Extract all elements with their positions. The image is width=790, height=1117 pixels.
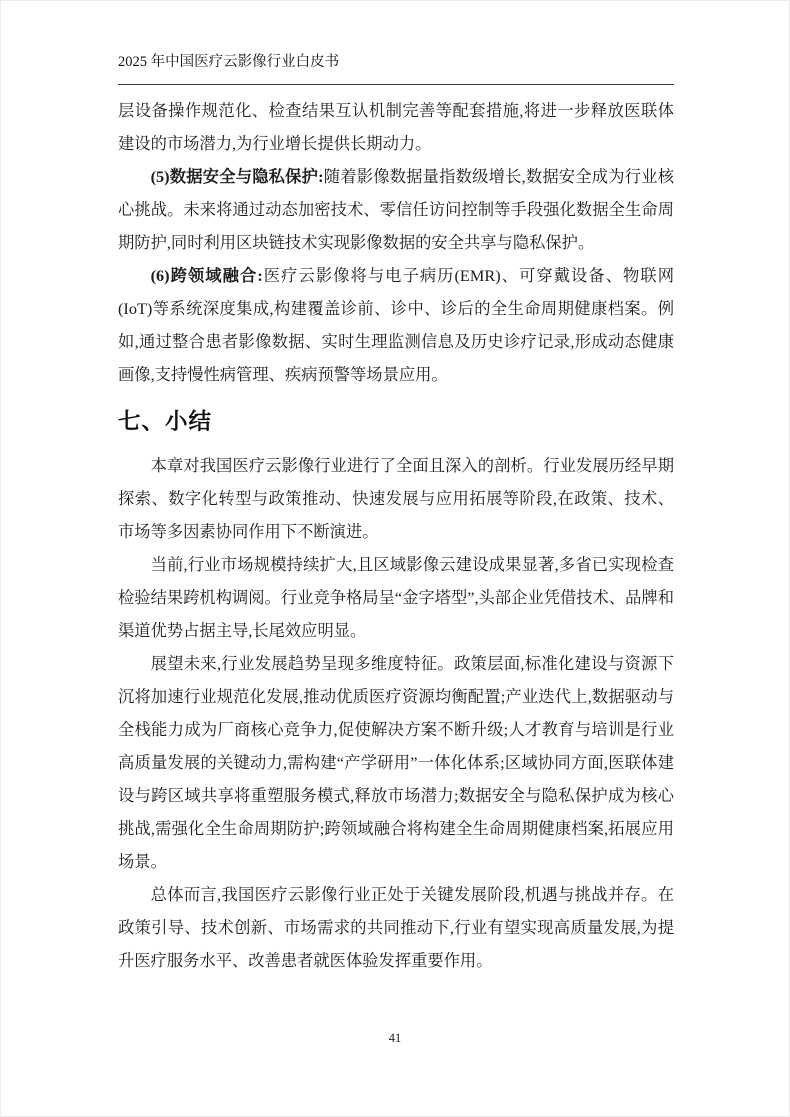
body-text: 层设备操作规范化、检查结果互认机制完善等配套措施,将进一步释放医联体建设的市场潜…	[118, 94, 674, 977]
paragraph-text: 本章对我国医疗云影像行业进行了全面且深入的剖析。行业发展历经早期探索、数字化转型…	[118, 456, 674, 541]
paragraph-item-6: (6)跨领域融合:医疗云影像将与电子病历(EMR)、可穿戴设备、物联网(IoT)…	[118, 259, 674, 391]
paragraph-text: 当前,行业市场规模持续扩大,且区域影像云建设成果显著,多省已实现检查检验结果跨机…	[118, 555, 674, 640]
document-page: 2025 年中国医疗云影像行业白皮书 层设备操作规范化、检查结果互认机制完善等配…	[0, 0, 790, 1117]
section-heading: 七、小结	[118, 405, 674, 439]
page-number: 41	[1, 1031, 789, 1046]
summary-paragraph-1: 本章对我国医疗云影像行业进行了全面且深入的剖析。行业发展历经早期探索、数字化转型…	[118, 449, 674, 548]
summary-paragraph-3: 展望未来,行业发展趋势呈现多维度特征。政策层面,标准化建设与资源下沉将加速行业规…	[118, 647, 674, 878]
paragraph-text: 展望未来,行业发展趋势呈现多维度特征。政策层面,标准化建设与资源下沉将加速行业规…	[118, 654, 674, 871]
paragraph-bold-lead: (6)跨领域融合:	[151, 266, 263, 285]
summary-paragraph-4: 总体而言,我国医疗云影像行业正处于关键发展阶段,机遇与挑战并存。在政策引导、技术…	[118, 878, 674, 977]
paragraph-text: 层设备操作规范化、检查结果互认机制完善等配套措施,将进一步释放医联体建设的市场潜…	[118, 101, 674, 153]
running-header: 2025 年中国医疗云影像行业白皮书	[118, 53, 674, 85]
paragraph-text: 总体而言,我国医疗云影像行业正处于关键发展阶段,机遇与挑战并存。在政策引导、技术…	[118, 885, 674, 970]
paragraph-continuation: 层设备操作规范化、检查结果互认机制完善等配套措施,将进一步释放医联体建设的市场潜…	[118, 94, 674, 160]
document-title: 2025 年中国医疗云影像行业白皮书	[118, 54, 339, 70]
summary-paragraph-2: 当前,行业市场规模持续扩大,且区域影像云建设成果显著,多省已实现检查检验结果跨机…	[118, 548, 674, 647]
page-content: 2025 年中国医疗云影像行业白皮书 层设备操作规范化、检查结果互认机制完善等配…	[118, 1, 674, 977]
paragraph-item-5: (5)数据安全与隐私保护:随着影像数据量指数级增长,数据安全成为行业核心挑战。未…	[118, 160, 674, 259]
paragraph-bold-lead: (5)数据安全与隐私保护:	[151, 167, 324, 186]
